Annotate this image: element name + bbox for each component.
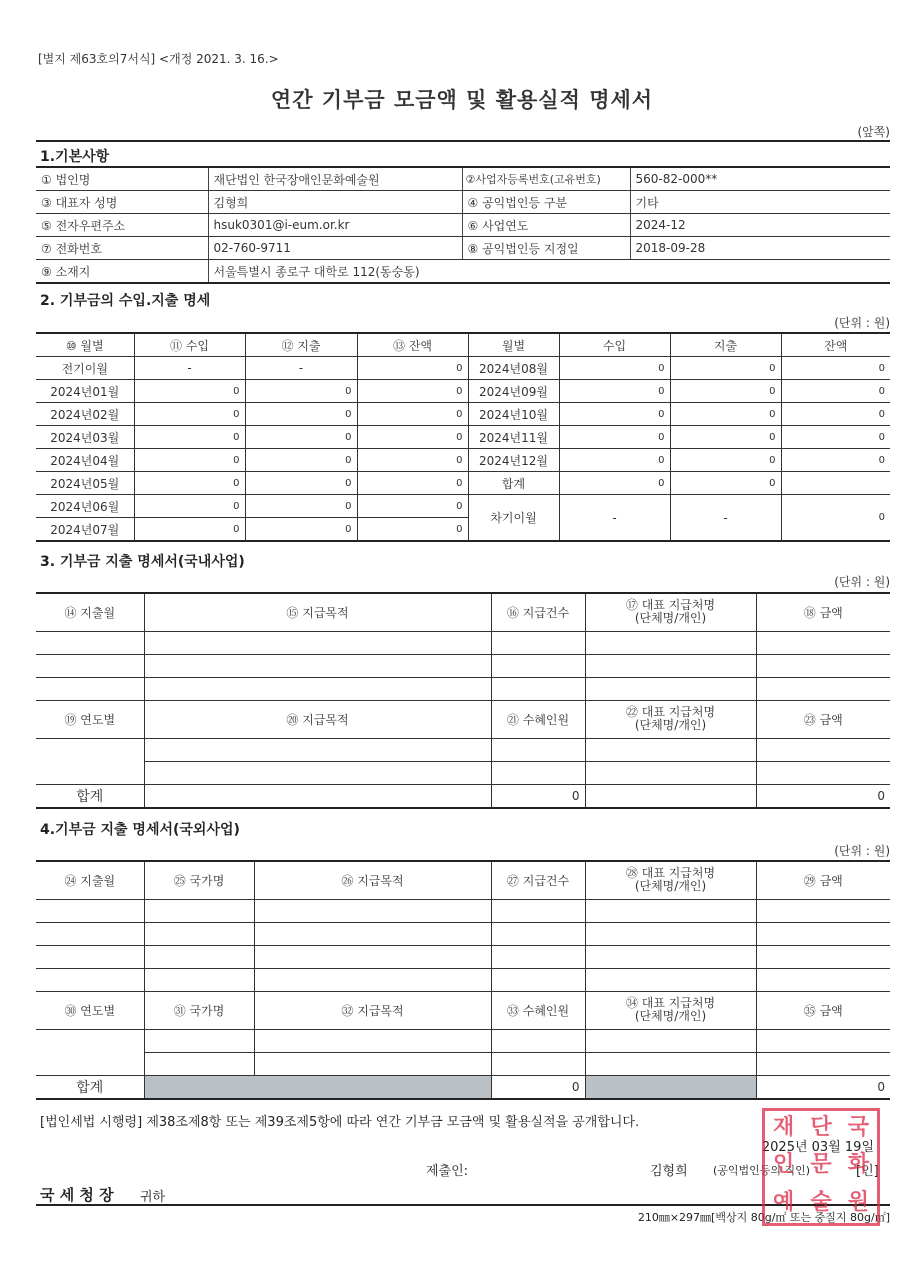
carry-forward-balance: 0	[781, 495, 890, 542]
balance-cell: 0	[357, 403, 468, 426]
section4-title: 4.기부금 지출 명세서(국외사업)	[40, 819, 240, 839]
income-cell: 0	[134, 495, 245, 518]
expense-total: 0	[670, 472, 781, 495]
col-country: ㉕ 국가명	[144, 861, 254, 899]
table-row	[36, 922, 890, 945]
table-row: 2024년06월 0 0 0 차기이월 - - 0	[36, 495, 890, 518]
label-phone: ⑦ 전화번호	[36, 237, 208, 260]
balance-cell: 0	[781, 426, 890, 449]
table-row	[36, 677, 890, 700]
legal-statement: [법인세법 시행령] 제38조제8항 또는 제39조제5항에 따라 연간 기부금…	[40, 1111, 639, 1130]
income-cell: 0	[134, 426, 245, 449]
expense-cell: 0	[245, 449, 357, 472]
income-cell: 0	[559, 449, 670, 472]
col-beneficiaries: ㉑ 수혜인원	[491, 700, 585, 738]
month-cell: 2024년08월	[468, 357, 559, 380]
col-payee: ⑰ 대표 지급처명(단체명/개인)	[585, 593, 756, 631]
expense-cell: 0	[670, 380, 781, 403]
col-purpose: ⑮ 지급목적	[144, 593, 491, 631]
value-email: hsuk0301@i-eum.or.kr	[208, 214, 462, 237]
label-email: ⑤ 전자우편주소	[36, 214, 208, 237]
expense-cell: 0	[245, 380, 357, 403]
col-payee-b: ㉞ 대표 지급처명(단체명/개인)	[585, 991, 756, 1029]
table-row	[36, 1052, 890, 1075]
col-country-b: ㉛ 국가명	[144, 991, 254, 1029]
label-corp-type: ④ 공익법인등 구분	[462, 191, 630, 214]
total-count: 0	[491, 1075, 585, 1099]
table-row	[36, 631, 890, 654]
stamp-char: 국	[840, 1111, 877, 1148]
label-designation-date: ⑧ 공익법인등 지정일	[462, 237, 630, 260]
table-row: 2024년02월 0 0 0 2024년10월 0 0 0	[36, 403, 890, 426]
stamp-char: 예	[765, 1186, 802, 1223]
table-row: 2024년03월 0 0 0 2024년11월 0 0 0	[36, 426, 890, 449]
value-biz-reg-no: 560-82-000**	[630, 167, 890, 191]
shaded-cell	[144, 1075, 491, 1099]
total-label: 합계	[36, 784, 144, 808]
balance-cell: 0	[357, 426, 468, 449]
section2-title: 2. 기부금의 수입.지출 명세	[40, 290, 210, 310]
section2-unit: (단위 : 원)	[834, 314, 890, 331]
table-row	[36, 654, 890, 677]
table-row	[36, 899, 890, 922]
stamp-char: 단	[802, 1111, 839, 1148]
expense-cell: 0	[670, 449, 781, 472]
shaded-cell	[585, 1075, 756, 1099]
stamp-char: 문	[802, 1148, 839, 1185]
income-cell: 0	[559, 426, 670, 449]
section3-unit: (단위 : 원)	[834, 573, 890, 590]
col-amount: ㉙ 금액	[756, 861, 890, 899]
col-payee: ㉘ 대표 지급처명(단체명/개인)	[585, 861, 756, 899]
value-corp-type: 기타	[630, 191, 890, 214]
submitter-name: 김형희	[650, 1160, 688, 1179]
carry-forward-label: 차기이월	[468, 495, 559, 542]
col-payee-b: ㉒ 대표 지급처명(단체명/개인)	[585, 700, 756, 738]
col-year: ㉚ 연도별	[36, 991, 144, 1029]
month-cell: 2024년04월	[36, 449, 134, 472]
label-address: ⑨ 소재지	[36, 260, 208, 284]
col-count: ㉗ 지급건수	[491, 861, 585, 899]
stamp-char: 술	[802, 1186, 839, 1223]
section3-title: 3. 기부금 지출 명세서(국내사업)	[40, 551, 245, 571]
label-fiscal-year: ⑥ 사업연도	[462, 214, 630, 237]
stamp-char: 재	[765, 1111, 802, 1148]
payee-subheader: (단체명/개인)	[591, 719, 751, 732]
col-balance: ⑬ 잔액	[357, 333, 468, 357]
month-cell: 2024년01월	[36, 380, 134, 403]
balance-cell: 0	[781, 403, 890, 426]
expense-cell: 0	[670, 403, 781, 426]
table-row: 2024년01월 0 0 0 2024년09월 0 0 0	[36, 380, 890, 403]
overseas-expense-table: ㉔ 지출월 ㉕ 국가명 ㉖ 지급목적 ㉗ 지급건수 ㉘ 대표 지급처명(단체명/…	[36, 860, 890, 1100]
total-count: 0	[491, 784, 585, 808]
col-month: ⑩ 월별	[36, 333, 134, 357]
expense-cell: 0	[670, 357, 781, 380]
col-income: ⑪ 수입	[134, 333, 245, 357]
table-row: 2024년04월 0 0 0 2024년12월 0 0 0	[36, 449, 890, 472]
balance-cell: 0	[357, 472, 468, 495]
carry-forward-income: -	[559, 495, 670, 542]
submitter-label: 제출인:	[426, 1160, 468, 1179]
expense-cell: 0	[670, 426, 781, 449]
balance-cell: 0	[357, 380, 468, 403]
balance-cell: 0	[781, 357, 890, 380]
balance-cell: 0	[781, 380, 890, 403]
stamp-char: 인	[765, 1148, 802, 1185]
table-row: 전기이월 - - 0 2024년08월 0 0 0	[36, 357, 890, 380]
balance-cell: 0	[357, 518, 468, 542]
col-year: ⑲ 연도별	[36, 700, 144, 738]
month-cell: 2024년03월	[36, 426, 134, 449]
income-cell: 0	[134, 380, 245, 403]
income-cell: 0	[134, 449, 245, 472]
month-cell: 2024년10월	[468, 403, 559, 426]
income-cell: 0	[559, 357, 670, 380]
total-amount: 0	[756, 784, 890, 808]
value-phone: 02-760-9711	[208, 237, 462, 260]
month-cell: 2024년12월	[468, 449, 559, 472]
income-cell: 0	[134, 518, 245, 542]
income-cell: -	[134, 357, 245, 380]
expense-cell: 0	[245, 472, 357, 495]
col-income-r: 수입	[559, 333, 670, 357]
col-expense-month: ㉔ 지출월	[36, 861, 144, 899]
col-expense-r: 지출	[670, 333, 781, 357]
value-address: 서울특별시 종로구 대학로 112(동숭동)	[208, 260, 890, 284]
income-total: 0	[559, 472, 670, 495]
col-count: ⑯ 지급건수	[491, 593, 585, 631]
income-cell: 0	[134, 403, 245, 426]
col-purpose-b: ⑳ 지급목적	[144, 700, 491, 738]
col-amount-b: ㉟ 금액	[756, 991, 890, 1029]
value-rep-name: 김형희	[208, 191, 462, 214]
balance-cell: 0	[781, 449, 890, 472]
col-amount: ⑱ 금액	[756, 593, 890, 631]
expense-cell: 0	[245, 426, 357, 449]
total-label: 합계	[468, 472, 559, 495]
section1-title: 1.기본사항	[40, 146, 109, 166]
recipient-suffix: 귀하	[140, 1186, 165, 1205]
balance-cell: 0	[357, 495, 468, 518]
table-row	[36, 945, 890, 968]
carry-forward-expense: -	[670, 495, 781, 542]
recipient: 국 세 청 장	[40, 1184, 114, 1205]
form-number: [별지 제63호의7서식] <개정 2021. 3. 16.>	[38, 50, 279, 67]
col-purpose: ㉖ 지급목적	[254, 861, 491, 899]
col-balance-r: 잔액	[781, 333, 890, 357]
table-row	[36, 968, 890, 991]
stamp-char: 화	[840, 1148, 877, 1185]
income-cell: 0	[559, 403, 670, 426]
total-row: 합계 0 0	[36, 784, 890, 808]
income-cell: 0	[134, 472, 245, 495]
basic-info-table: ① 법인명 재단법인 한국장애인문화예술원 ②사업자등록번호(고유번호) 560…	[36, 166, 890, 284]
page-side-label: (앞쪽)	[857, 123, 890, 140]
official-seal-stamp: 재 단 국 인 문 화 예 술 원	[762, 1108, 880, 1226]
table-row: 2024년05월 0 0 0 합계 0 0	[36, 472, 890, 495]
income-expense-table: ⑩ 월별 ⑪ 수입 ⑫ 지출 ⑬ 잔액 월별 수입 지출 잔액 전기이월 - -…	[36, 332, 890, 542]
col-beneficiaries: ㉝ 수혜인원	[491, 991, 585, 1029]
col-purpose-b: ㉜ 지급목적	[254, 991, 491, 1029]
payee-subheader: (단체명/개인)	[591, 612, 751, 625]
month-cell: 2024년06월	[36, 495, 134, 518]
value-designation-date: 2018-09-28	[630, 237, 890, 260]
total-label: 합계	[36, 1075, 144, 1099]
divider	[36, 140, 890, 142]
col-month-r: 월별	[468, 333, 559, 357]
expense-cell: 0	[245, 495, 357, 518]
total-amount: 0	[756, 1075, 890, 1099]
label-corp-name: ① 법인명	[36, 167, 208, 191]
expense-cell: 0	[245, 403, 357, 426]
section4-unit: (단위 : 원)	[834, 842, 890, 859]
col-expense: ⑫ 지출	[245, 333, 357, 357]
value-fiscal-year: 2024-12	[630, 214, 890, 237]
income-cell: 0	[559, 380, 670, 403]
expense-cell: 0	[245, 518, 357, 542]
label-rep-name: ③ 대표자 성명	[36, 191, 208, 214]
month-cell: 2024년11월	[468, 426, 559, 449]
label-biz-reg-no: ②사업자등록번호(고유번호)	[462, 167, 630, 191]
col-expense-month: ⑭ 지출월	[36, 593, 144, 631]
payee-subheader: (단체명/개인)	[591, 880, 751, 893]
col-amount-b: ㉓ 금액	[756, 700, 890, 738]
stamp-char: 원	[840, 1186, 877, 1223]
domestic-expense-table: ⑭ 지출월 ⑮ 지급목적 ⑯ 지급건수 ⑰ 대표 지급처명(단체명/개인) ⑱ …	[36, 592, 890, 809]
balance-cell: 0	[357, 449, 468, 472]
table-row	[36, 738, 890, 761]
page-title: 연간 기부금 모금액 및 활용실적 명세서	[0, 84, 924, 114]
month-cell: 2024년02월	[36, 403, 134, 426]
balance-total	[781, 472, 890, 495]
balance-cell: 0	[357, 357, 468, 380]
month-cell: 2024년09월	[468, 380, 559, 403]
table-row	[36, 761, 890, 784]
value-corp-name: 재단법인 한국장애인문화예술원	[208, 167, 462, 191]
month-cell: 2024년07월	[36, 518, 134, 542]
month-cell: 2024년05월	[36, 472, 134, 495]
total-row: 합계 0 0	[36, 1075, 890, 1099]
payee-subheader: (단체명/개인)	[591, 1010, 751, 1023]
month-cell: 전기이월	[36, 357, 134, 380]
table-row	[36, 1029, 890, 1052]
expense-cell: -	[245, 357, 357, 380]
